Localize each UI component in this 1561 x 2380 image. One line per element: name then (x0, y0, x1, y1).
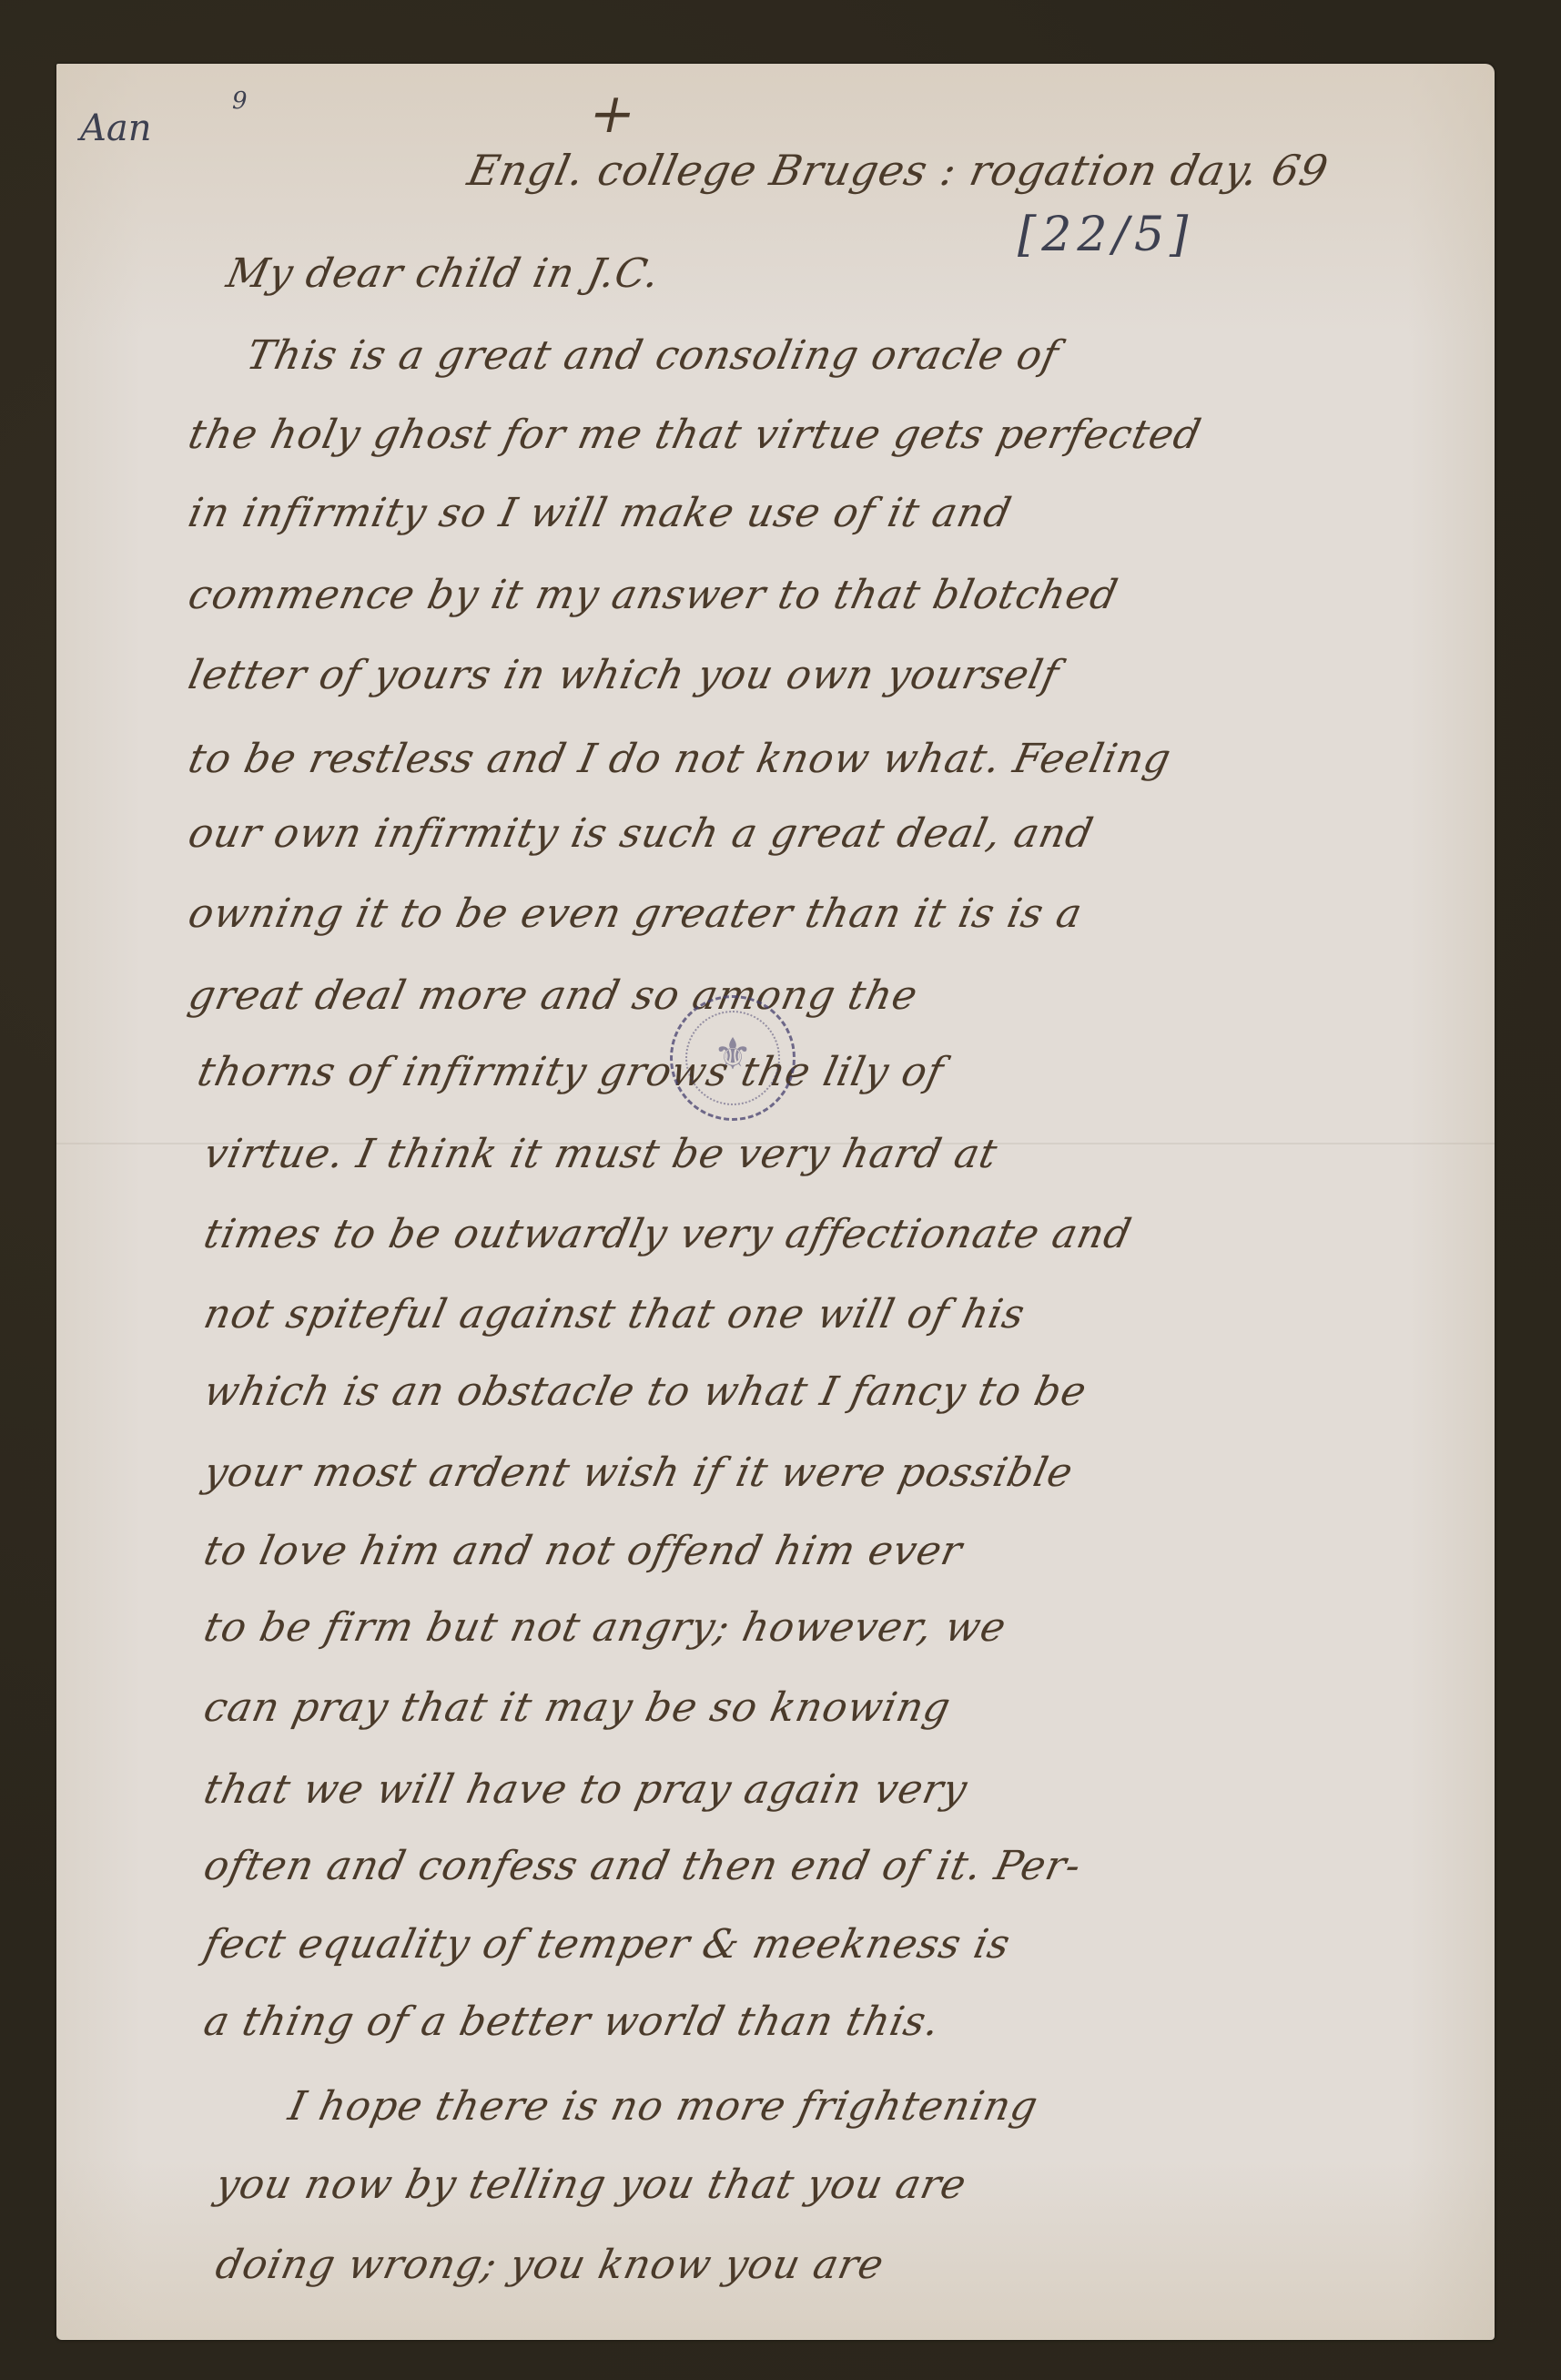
dateline: Engl. college Bruges : rogation day. 69 (463, 146, 1333, 195)
letter-line: virtue. I think it must be very hard at (200, 1131, 1002, 1177)
letter-line: owning it to be even greater than it is … (185, 890, 1087, 937)
letter-line: in infirmity so I will make use of it an… (185, 490, 1016, 536)
letter-line: your most ardent wish if it were possibl… (200, 1449, 1078, 1496)
letter-line: I hope there is no more frightening (285, 2083, 1043, 2130)
letter-line: that we will have to pray again very (200, 1766, 972, 1813)
letter-line: you now by telling you that you are (212, 2161, 971, 2208)
letter-line: letter of yours in which you own yoursel… (185, 652, 1064, 698)
archival-mark: 9 (232, 87, 248, 115)
letter-line: fect equality of temper & meekness is (200, 1921, 1015, 1968)
salutation: My dear child in J.C. (223, 250, 664, 297)
letter-line: to be restless and I do not know what. F… (185, 736, 1176, 782)
letter-line: can pray that it may be so knowing (200, 1684, 956, 1731)
letter-line: our own infirmity is such a great deal, … (185, 810, 1098, 857)
letter-line: not spiteful against that one will of hi… (200, 1291, 1029, 1337)
letter-line: often and confess and then end of it. Pe… (200, 1843, 1086, 1889)
letter-line: commence by it my answer to that blotche… (185, 572, 1122, 618)
letter-line: which is an obstacle to what I fancy to … (200, 1368, 1091, 1415)
letter-line: doing wrong; you know you are (212, 2242, 888, 2288)
letter-line: thorns of infirmity grows the lily of (194, 1049, 948, 1095)
fleur-de-lis-icon: ⚜ (673, 1029, 793, 1080)
date-bracket: [22/5] (1018, 208, 1193, 262)
letter-line: great deal more and so among the (185, 972, 923, 1019)
letter-line: to love him and not offend him ever (200, 1528, 967, 1574)
letter-line: times to be outwardly very affectionate … (200, 1211, 1136, 1257)
letter-line: a thing of a better world than this. (200, 1999, 945, 2045)
archival-note-aan: Aan (80, 107, 152, 149)
letter-line: the holy ghost for me that virtue gets p… (185, 412, 1206, 458)
letter-line: to be firm but not angry; however, we (200, 1604, 1011, 1651)
library-stamp: ⚜ (670, 995, 796, 1121)
letter-line: This is a great and consoling oracle of (243, 332, 1063, 379)
